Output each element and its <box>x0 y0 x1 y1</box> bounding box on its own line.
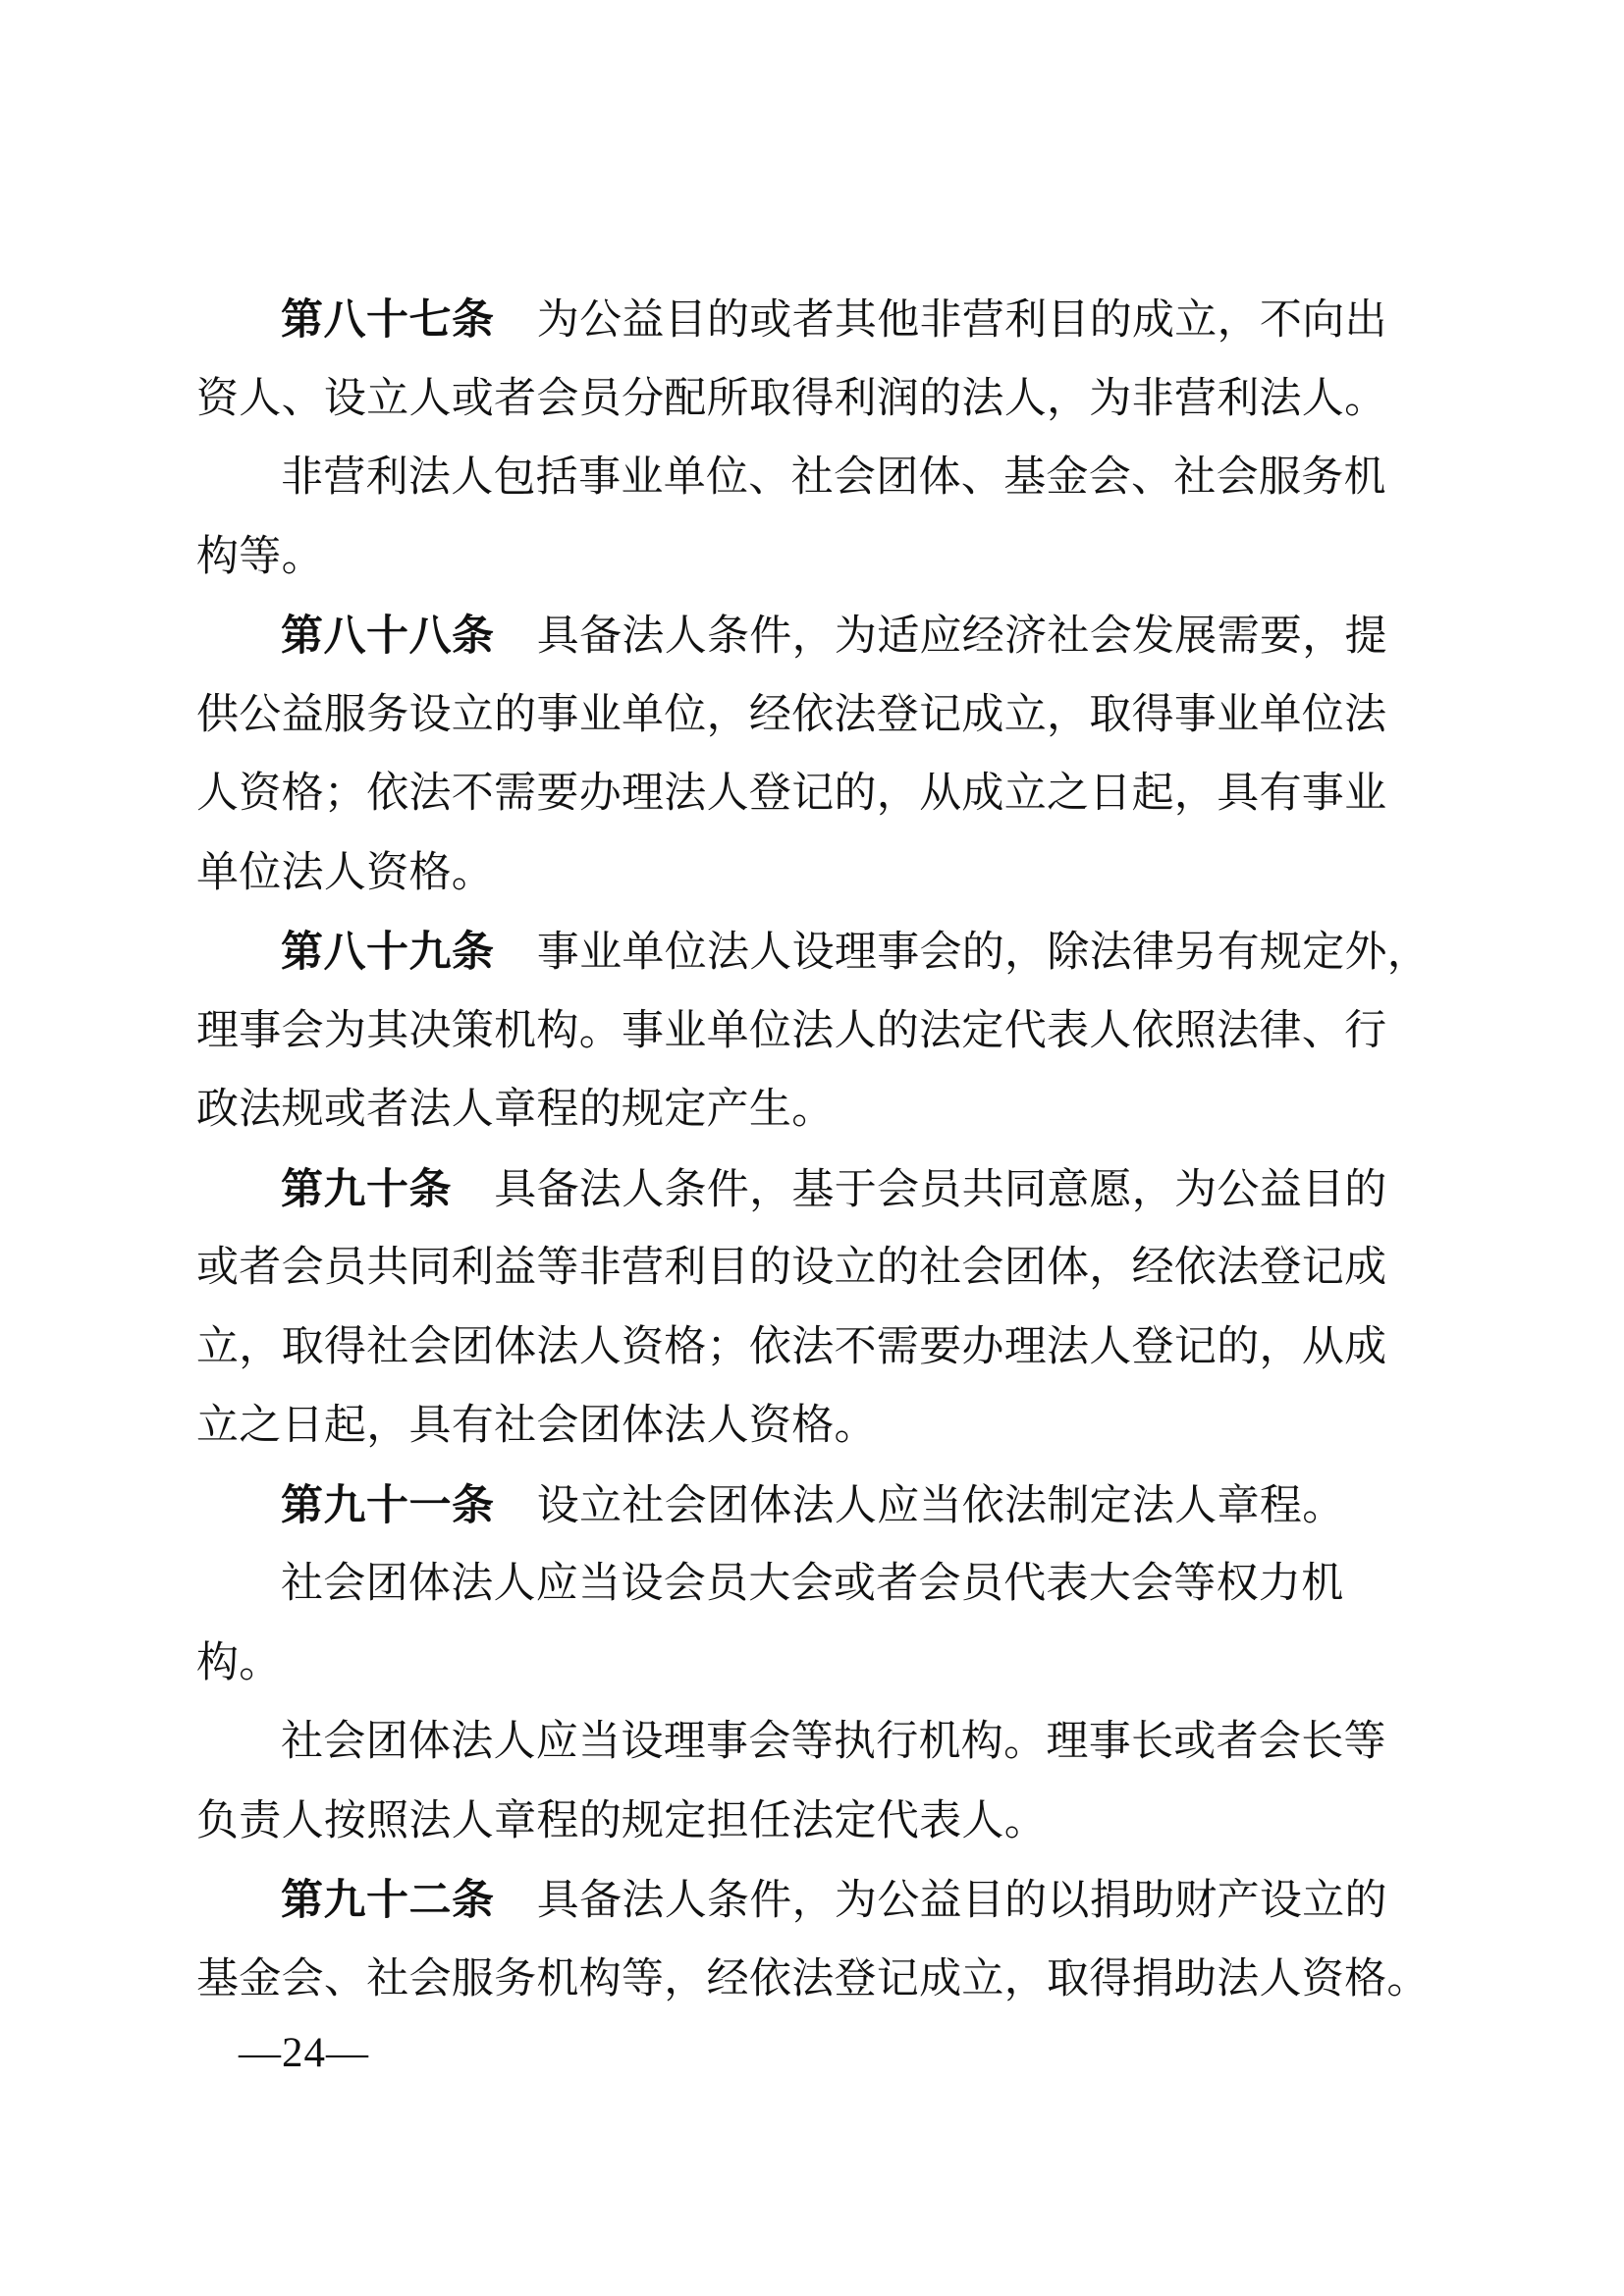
line-text: 构等。 <box>196 534 324 580</box>
line-text: 人资格；依法不需要办理法人登记的，从成立之日起，具有事业 <box>196 771 1386 817</box>
line-text: 具备法人条件，为公益目的以捐助财产设立的 <box>495 1878 1387 1924</box>
text-line: 社会团体法人应当设理事会等执行机构。理事长或者会长等 <box>196 1703 1492 1783</box>
text-line: 单位法人资格。 <box>196 834 1492 914</box>
article-number: 第九十条 <box>281 1166 452 1213</box>
line-text: 负责人按照法人章程的规定担任法定代表人。 <box>196 1798 1047 1844</box>
text-line: 理事会为其决策机构。事业单位法人的法定代表人依照法律、行 <box>196 992 1492 1072</box>
line-text: 基金会、社会服务机构等，经依法登记成立，取得捐助法人资格。 <box>196 1956 1430 2002</box>
article-number: 第八十八条 <box>281 613 495 660</box>
line-text: 资人、设立人或者会员分配所取得利润的法人，为非营利法人。 <box>196 376 1386 422</box>
line-text: 理事会为其决策机构。事业单位法人的法定代表人依照法律、行 <box>196 1008 1386 1054</box>
line-text: 非营利法人包括事业单位、社会团体、基金会、社会服务机 <box>281 454 1386 501</box>
text-line: 第八十八条 具备法人条件，为适应经济社会发展需要，提 <box>196 597 1492 676</box>
text-line: 社会团体法人应当设会员大会或者会员代表大会等权力机 <box>196 1545 1492 1625</box>
text-line: 第九十二条 具备法人条件，为公益目的以捐助财产设立的 <box>196 1861 1492 1941</box>
line-text: 具备法人条件，为适应经济社会发展需要，提 <box>495 614 1387 660</box>
page-number: —24— <box>239 2026 369 2081</box>
text-line: 第八十七条 为公益目的或者其他非营利目的成立，不向出 <box>196 281 1492 360</box>
line-text: 构。 <box>196 1640 282 1686</box>
line-text: 或者会员共同利益等非营利目的设立的社会团体，经依法登记成 <box>196 1245 1386 1291</box>
text-line: 立，取得社会团体法人资格；依法不需要办理法人登记的，从成 <box>196 1308 1492 1388</box>
line-text: 政法规或者法人章程的规定产生。 <box>196 1087 835 1133</box>
line-text: 社会团体法人应当设理事会等执行机构。理事长或者会长等 <box>281 1719 1386 1765</box>
text-line: 人资格；依法不需要办理法人登记的，从成立之日起，具有事业 <box>196 755 1492 834</box>
text-line: 负责人按照法人章程的规定担任法定代表人。 <box>196 1783 1492 1862</box>
text-line: 基金会、社会服务机构等，经依法登记成立，取得捐助法人资格。 <box>196 1941 1492 2020</box>
text-line: 立之日起，具有社会团体法人资格。 <box>196 1387 1492 1467</box>
document-body-text: 第八十七条 为公益目的或者其他非营利目的成立，不向出 资人、设立人或者会员分配所… <box>196 281 1492 2019</box>
text-line: 第九十条 具备法人条件，基于会员共同意愿，为公益目的 <box>196 1150 1492 1230</box>
article-number: 第九十一条 <box>281 1482 495 1529</box>
line-text: 为公益目的或者其他非营利目的成立，不向出 <box>495 297 1387 344</box>
text-line: 或者会员共同利益等非营利目的设立的社会团体，经依法登记成 <box>196 1229 1492 1308</box>
text-line: 资人、设立人或者会员分配所取得利润的法人，为非营利法人。 <box>196 360 1492 440</box>
text-line: 构等。 <box>196 518 1492 598</box>
line-text: 供公益服务设立的事业单位，经依法登记成立，取得事业单位法 <box>196 692 1386 738</box>
article-number: 第九十二条 <box>281 1877 495 1924</box>
article-number: 第八十九条 <box>281 929 495 976</box>
text-line: 第九十一条 设立社会团体法人应当依法制定法人章程。 <box>196 1467 1492 1546</box>
text-line: 供公益服务设立的事业单位，经依法登记成立，取得事业单位法 <box>196 676 1492 756</box>
text-line: 第八十九条 事业单位法人设理事会的，除法律另有规定外， <box>196 913 1492 992</box>
line-text: 具备法人条件，基于会员共同意愿，为公益目的 <box>452 1167 1387 1213</box>
document-page: 第八十七条 为公益目的或者其他非营利目的成立，不向出 资人、设立人或者会员分配所… <box>0 0 1624 2296</box>
line-text: 单位法人资格。 <box>196 850 494 896</box>
line-text: 事业单位法人设理事会的，除法律另有规定外， <box>495 930 1431 976</box>
line-text: 社会团体法人应当设会员大会或者会员代表大会等权力机 <box>281 1561 1344 1607</box>
text-line: 非营利法人包括事业单位、社会团体、基金会、社会服务机 <box>196 439 1492 518</box>
article-number: 第八十七条 <box>281 296 495 344</box>
text-line: 构。 <box>196 1625 1492 1704</box>
line-text: 立之日起，具有社会团体法人资格。 <box>196 1403 877 1449</box>
line-text: 设立社会团体法人应当依法制定法人章程。 <box>495 1483 1345 1529</box>
text-line: 政法规或者法人章程的规定产生。 <box>196 1071 1492 1150</box>
line-text: 立，取得社会团体法人资格；依法不需要办理法人登记的，从成 <box>196 1324 1386 1370</box>
